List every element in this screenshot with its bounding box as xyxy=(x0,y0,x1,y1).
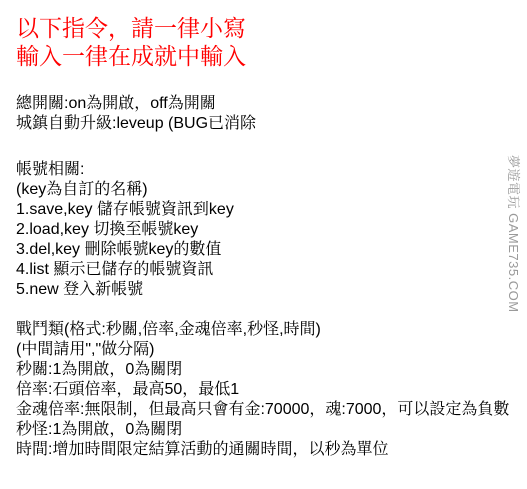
text-line: 2.load,key 切換至帳號key xyxy=(16,220,527,240)
text-line: 倍率:石頭倍率，最高50，最低1 xyxy=(16,380,527,400)
section-general-switches: 總開關:on為開啟，off為開關 城鎮自動升級:leveup (BUG已消除 xyxy=(16,94,527,134)
text-line: 秒關:1為開啟，0為關閉 xyxy=(16,360,527,380)
site-watermark: 夢遊電玩 GAME735.COM xyxy=(506,155,520,313)
section-heading: 戰鬥類(格式:秒關,倍率,金魂倍率,秒怪,時間) xyxy=(16,320,527,340)
section-battle-commands: 戰鬥類(格式:秒關,倍率,金魂倍率,秒怪,時間) (中間請用","做分隔) 秒關… xyxy=(16,320,527,460)
text-line: 時間:增加時間限定結算活動的通關時間，以秒為單位 xyxy=(16,440,527,460)
text-line: 1.save,key 儲存帳號資訊到key xyxy=(16,200,527,220)
text-line: 總開關:on為開啟，off為開關 xyxy=(16,94,527,114)
text-line: 3.del,key 刪除帳號key的數值 xyxy=(16,240,527,260)
section-account-commands: 帳號相關: (key為自訂的名稱) 1.save,key 儲存帳號資訊到key … xyxy=(16,160,527,300)
instruction-document: 以下指令，請一律小寫 輸入一律在成就中輸入 總開關:on為開啟，off為開關 城… xyxy=(16,14,527,460)
title-line-2: 輸入一律在成就中輸入 xyxy=(16,42,527,70)
text-line: 城鎮自動升級:leveup (BUG已消除 xyxy=(16,114,527,134)
page-title: 以下指令，請一律小寫 輸入一律在成就中輸入 xyxy=(16,14,527,70)
text-line: (中間請用","做分隔) xyxy=(16,340,527,360)
text-line: 4.list 顯示已儲存的帳號資訊 xyxy=(16,260,527,280)
section-heading: 帳號相關: xyxy=(16,160,527,180)
text-line: 金魂倍率:無限制，但最高只會有金:70000，魂:7000，可以設定為負數 xyxy=(16,400,527,420)
text-line: 5.new 登入新帳號 xyxy=(16,280,527,300)
title-line-1: 以下指令，請一律小寫 xyxy=(16,14,527,42)
text-line: (key為自訂的名稱) xyxy=(16,180,527,200)
text-line: 秒怪:1為開啟，0為關閉 xyxy=(16,420,527,440)
